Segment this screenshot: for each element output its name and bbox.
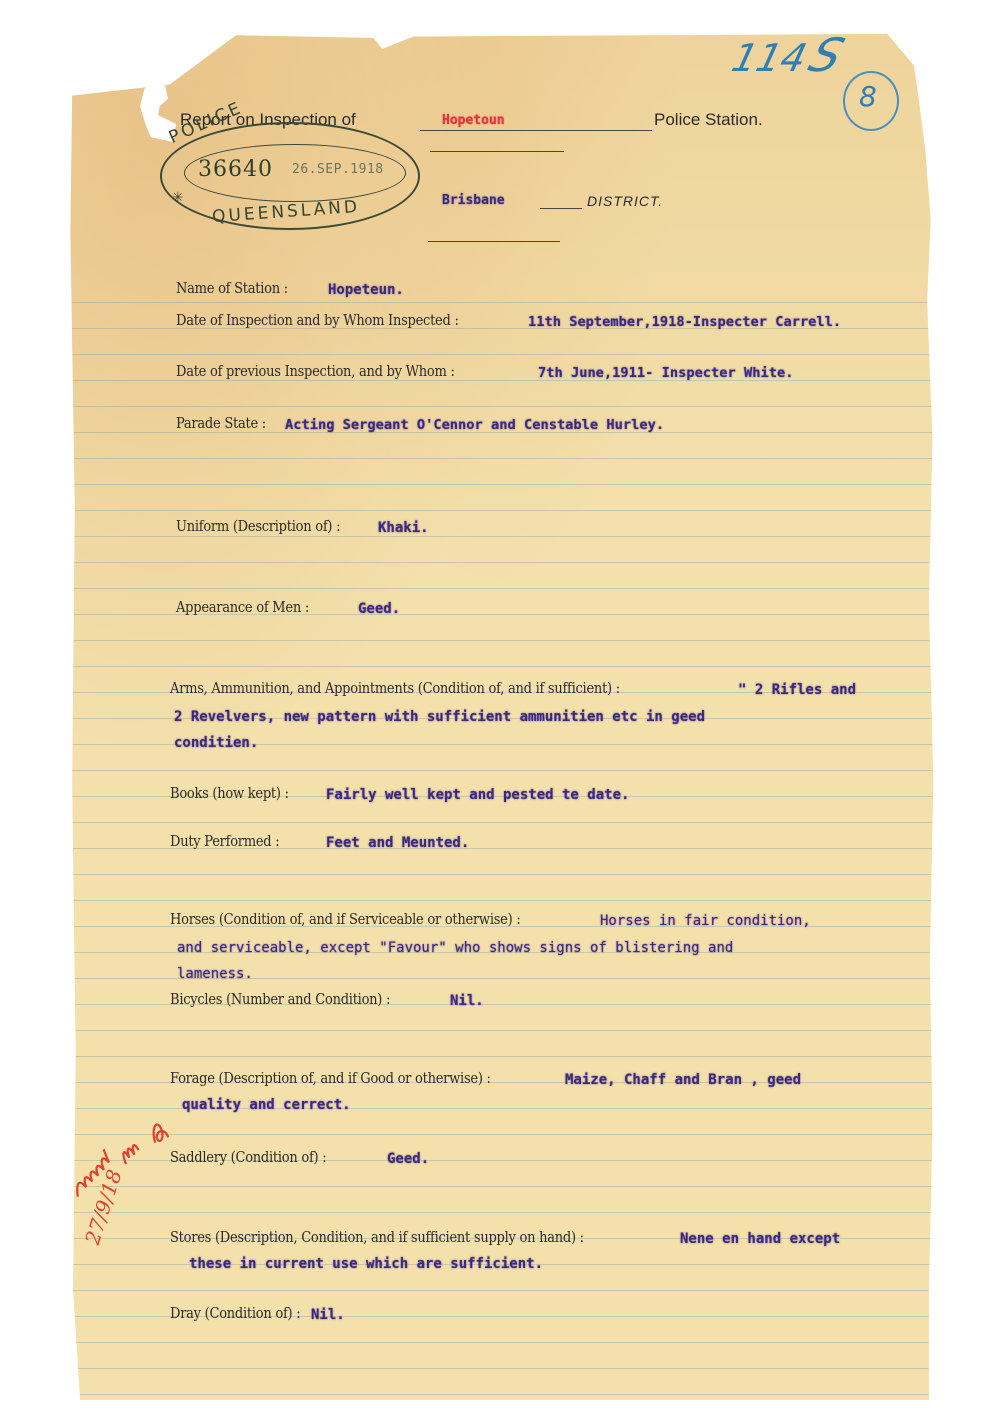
field-value-line3: conditien.: [174, 735, 258, 751]
field-label: Date of previous Inspection, and by Whom…: [176, 364, 455, 380]
field-label: Name of Station :: [176, 281, 288, 297]
district-rule: [428, 241, 560, 242]
report-title-suffix: Police Station.: [654, 110, 763, 130]
field-value-line2: quality and cerrect.: [182, 1097, 351, 1113]
station-name-struck: Hopetoun: [442, 113, 505, 128]
field-value: Feet and Meunted.: [326, 835, 469, 851]
field-value: Khaki.: [378, 520, 429, 536]
field-label: Parade State :: [176, 416, 266, 432]
stamp-number: 36640: [198, 157, 273, 182]
field-value-line3: lameness.: [177, 966, 253, 982]
circled-number: 8: [859, 80, 877, 113]
field-label: Arms, Ammunition, and Appointments (Cond…: [170, 681, 620, 697]
district-label: DISTRICT.: [587, 193, 663, 209]
field-value: Nene en hand except: [680, 1231, 840, 1247]
field-value-line2: these in current use which are sufficien…: [189, 1256, 543, 1272]
field-value: Horses in fair condition,: [600, 913, 811, 929]
field-value: " 2 Rifles and: [738, 682, 856, 698]
field-label: Bicycles (Number and Condition) :: [170, 992, 390, 1008]
pencil-folio-number: 114: [728, 36, 812, 80]
district-value: Brisbane: [442, 193, 505, 208]
field-label: Duty Performed :: [170, 834, 279, 850]
field-label: Forage (Description of, and if Good or o…: [170, 1071, 491, 1087]
field-label: Dray (Condition of) :: [170, 1306, 300, 1322]
field-value: 7th June,1911- Inspecter White.: [538, 365, 793, 381]
field-value: Acting Sergeant O'Cennor and Censtable H…: [285, 417, 664, 433]
field-label: Uniform (Description of) :: [176, 519, 340, 535]
field-label: Books (how kept) :: [170, 786, 289, 802]
title-rule-2: [430, 151, 564, 152]
field-value: Nil.: [450, 993, 484, 1009]
field-value-line2: 2 Revelvers, new pattern with sufficient…: [174, 709, 705, 725]
field-value: Hopeteun.: [328, 282, 404, 298]
field-value-line2: and serviceable, except "Favour" who sho…: [177, 940, 733, 956]
police-received-stamp: POLICE 36640 26.SEP.1918 ✳ QUEENSLAND: [160, 122, 420, 230]
field-label: Appearance of Men :: [176, 600, 309, 616]
stamp-date: 26.SEP.1918: [292, 162, 384, 177]
district-underline: [540, 208, 582, 209]
field-label: Stores (Description, Condition, and if s…: [170, 1230, 584, 1246]
stamp-star-icon: ✳: [172, 190, 184, 206]
title-underline: [420, 130, 652, 131]
field-value: Geed.: [358, 601, 400, 617]
field-label: Horses (Condition of, and if Serviceable…: [170, 912, 520, 928]
field-value: Nil.: [311, 1307, 345, 1323]
field-value: 11th September,1918-Inspecter Carrell.: [528, 314, 841, 330]
field-label: Saddlery (Condition of) :: [170, 1150, 326, 1166]
field-value: Geed.: [387, 1151, 429, 1167]
field-value: Fairly well kept and pested te date.: [326, 787, 629, 803]
field-value: Maize, Chaff and Bran , geed: [565, 1072, 801, 1088]
field-label: Date of Inspection and by Whom Inspected…: [176, 313, 459, 329]
